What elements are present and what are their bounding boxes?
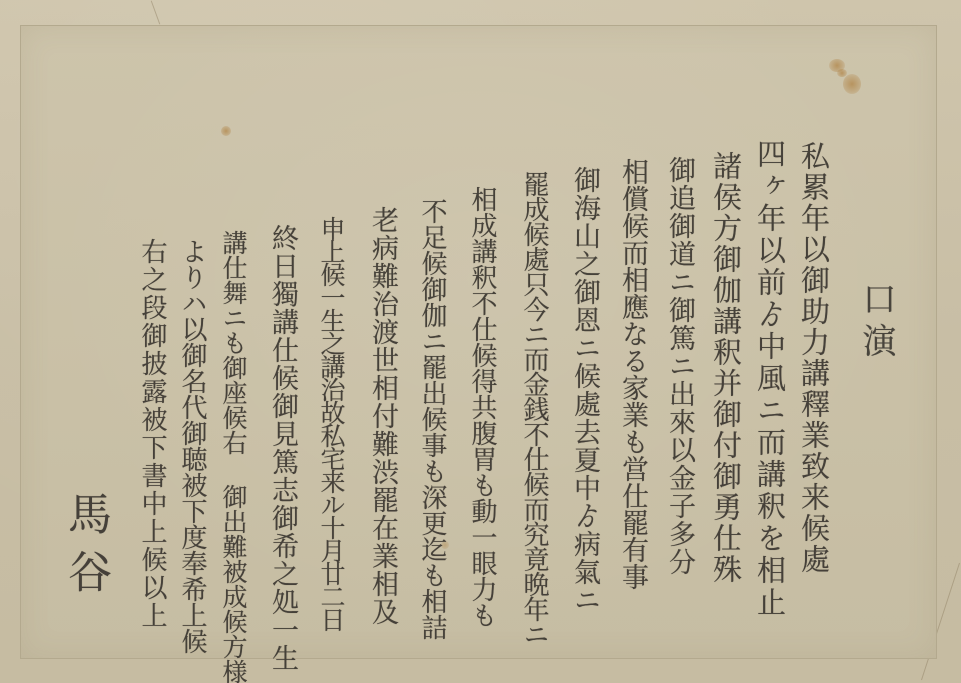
- manuscript-sheet: 口演 私累年以御助力講釋業致来候處 四ヶ年以前ゟ中風ニ而講釈を相止 諸侯方御伽講…: [20, 25, 937, 659]
- document-title: 口演: [859, 281, 893, 365]
- text-column-13: 講仕舞ニも御座候右 御出難被成候方様: [221, 230, 246, 683]
- text-column-7: 罷成候處只今ニ而金銭不仕候而究竟晩年ニ: [521, 171, 547, 646]
- text-column-10: 老病難治渡世相付難渋罷在業相及: [369, 206, 396, 626]
- stain-mark: [843, 74, 861, 94]
- text-column-14: よりハ以御名代御聴被下度奉希上候: [179, 238, 205, 654]
- text-column-6: 御海山之御恩ニ候處去夏中ゟ病氣ニ: [571, 166, 598, 614]
- text-column-9: 不足候御伽ニ罷出候事も深更迄も相詰: [419, 198, 445, 640]
- text-column-15: 右之段御披露被下書中上候以上: [139, 238, 165, 630]
- text-column-8: 相成講釈不仕候得共腹胃も動一眼力も: [469, 186, 495, 628]
- text-column-3: 諸侯方御伽講釈并御付御勇仕殊: [711, 151, 740, 585]
- text-column-2: 四ヶ年以前ゟ中風ニ而講釈を相止: [755, 139, 784, 619]
- text-column-4: 御追御道ニ御篤ニ出來以金子多分: [666, 156, 693, 576]
- text-column-12: 終日獨講仕候御見篤志御希之処一生: [269, 224, 296, 672]
- text-column-1: 私累年以御助力講釋業致来候處: [799, 141, 828, 575]
- stain-mark: [221, 126, 231, 136]
- mount-crease: [151, 1, 160, 25]
- signature: 馬谷: [63, 491, 107, 607]
- text-column-11: 申上候一生之講治故私宅来ル十月廿二日: [319, 216, 344, 630]
- text-column-5: 相償候而相應なる家業も営仕罷有事: [619, 158, 646, 590]
